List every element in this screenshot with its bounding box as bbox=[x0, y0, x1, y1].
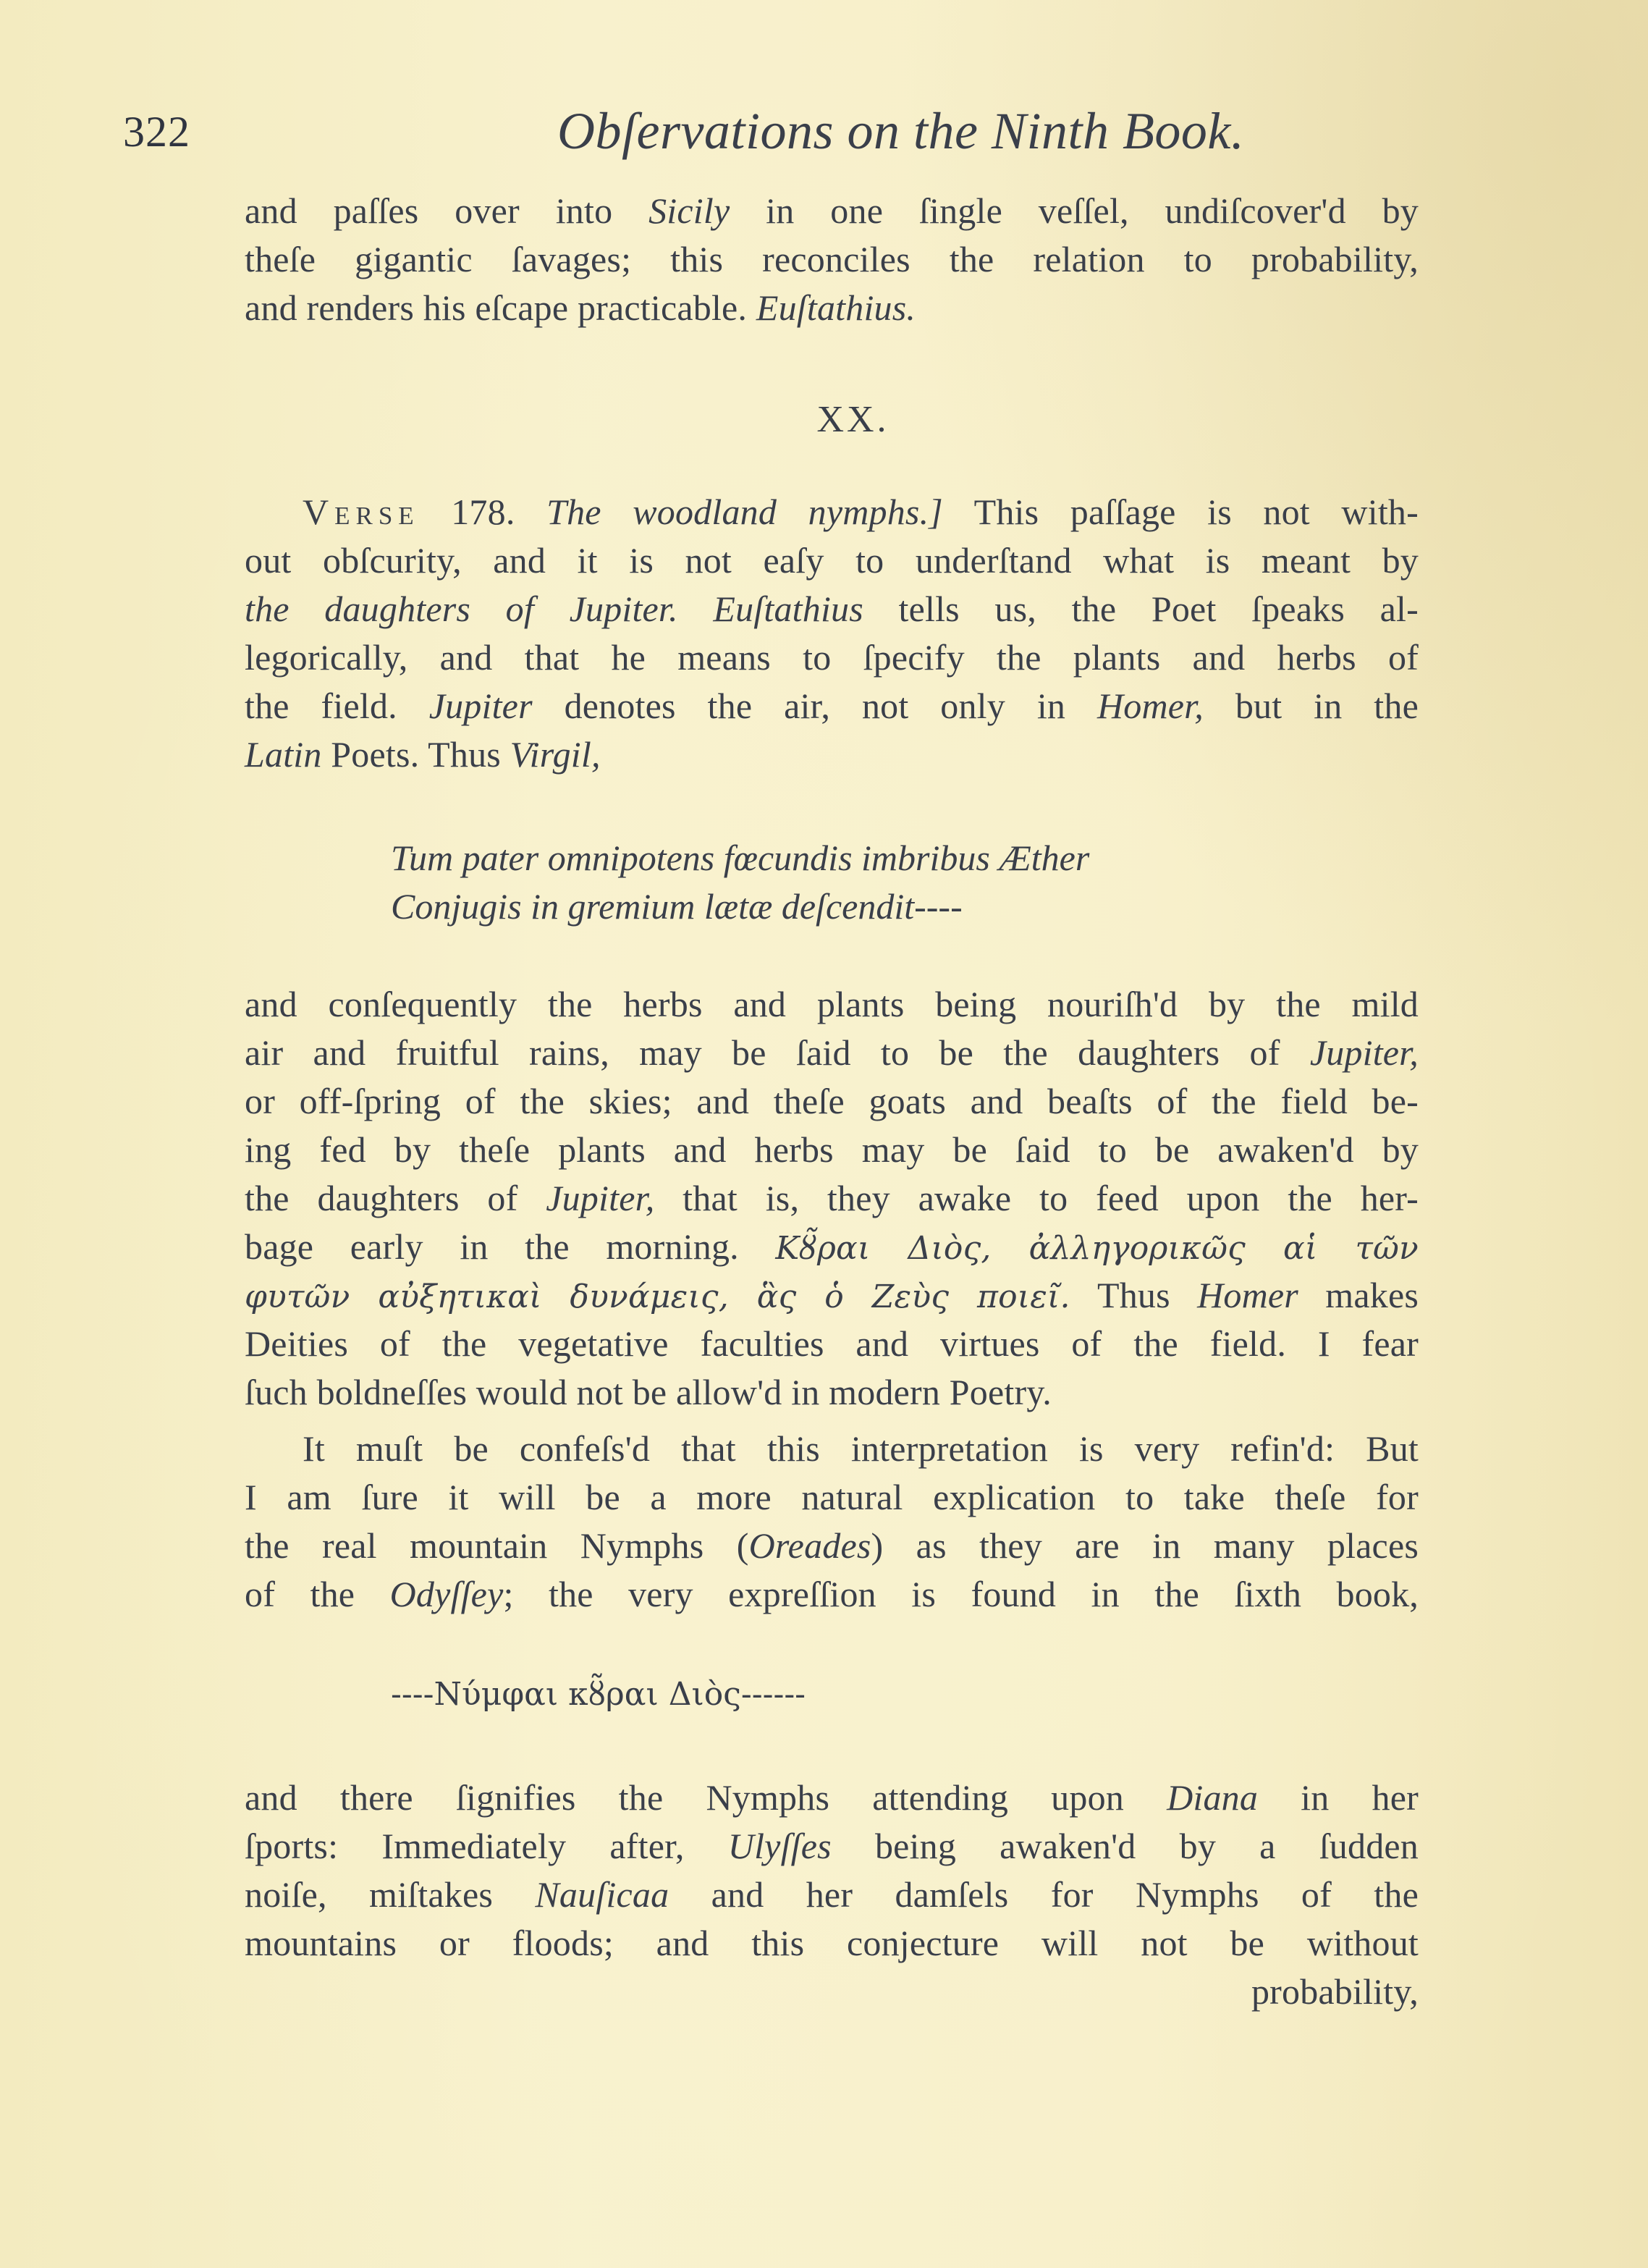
text-line: ing fed by theſe plants and herbs may be… bbox=[245, 1126, 1419, 1174]
catchword: probability, bbox=[245, 1968, 1419, 2016]
interpretation-paragraph: and conſequently the herbs and plants be… bbox=[245, 980, 1419, 1417]
book-page: 322 Obſervations on the Ninth Book. and … bbox=[0, 0, 1648, 2268]
text-line: Latin Poets. Thus Virgil, bbox=[245, 730, 1419, 779]
text-line: of the Odyſſey; the very expreſſion is f… bbox=[245, 1570, 1419, 1619]
text-line: or off-ſpring of the skies; and theſe go… bbox=[245, 1077, 1419, 1126]
text-line: the real mountain Nymphs (Oreades) as th… bbox=[245, 1522, 1419, 1570]
page-number: 322 bbox=[123, 107, 190, 157]
text-line: φυτῶν αὐξητικαὶ δυνάμεις, ἃς ὁ Ζεὺς ποιε… bbox=[245, 1271, 1419, 1320]
text-line: and conſequently the herbs and plants be… bbox=[245, 980, 1419, 1029]
text-line: noiſe, miſtakes Nauſicaa and her damſels… bbox=[245, 1871, 1419, 1919]
running-head: 322 Obſervations on the Ninth Book. bbox=[123, 101, 1426, 166]
text-line: air and fruitful rains, may be ſaid to b… bbox=[245, 1029, 1419, 1077]
text-line: and paſſes over into Sicily in one ſingl… bbox=[245, 187, 1419, 235]
text-line: the daughters of Jupiter, that is, they … bbox=[245, 1174, 1419, 1223]
verse-label: Verse bbox=[303, 492, 420, 532]
text-line: Deities of the vegetative faculties and … bbox=[245, 1320, 1419, 1368]
text-line: the daughters of Jupiter. Euſtathius tel… bbox=[245, 585, 1419, 633]
text-line: I am ſure it will be a more natural expl… bbox=[245, 1473, 1419, 1522]
verse-note-paragraph: Verse 178. The woodland nymphs.] This pa… bbox=[245, 488, 1419, 779]
text-line: bage early in the morning. Κȣ̃ραι Διὸς, … bbox=[245, 1223, 1419, 1271]
text-line: the field. Jupiter denotes the air, not … bbox=[245, 682, 1419, 730]
greek-text: φυτῶν αὐξητικαὶ δυνάμεις, ἃς ὁ Ζεὺς ποιε… bbox=[245, 1278, 1070, 1315]
text-line: It muſt be confeſs'd that this interpret… bbox=[245, 1425, 1419, 1473]
text-line: Verse 178. The woodland nymphs.] This pa… bbox=[245, 488, 1419, 536]
text-line: legorically, and that he means to ſpecif… bbox=[245, 633, 1419, 682]
text-line: ſuch boldneſſes would not be allow'd in … bbox=[245, 1368, 1419, 1417]
text-line: ſports: Immediately after, Ulyſſes being… bbox=[245, 1822, 1419, 1871]
greek-text: Κȣ̃ραι Διὸς, ἀλληγορικῶς αἱ τῶν bbox=[775, 1230, 1419, 1267]
text-line: out obſcurity, and it is not eaſy to und… bbox=[245, 536, 1419, 585]
quote-line: Tum pater omnipotens fœcundis imbribus Æ… bbox=[391, 834, 1259, 882]
opening-paragraph: and paſſes over into Sicily in one ſingl… bbox=[245, 187, 1419, 332]
text-line: and renders his eſcape practicable. Euſt… bbox=[245, 284, 1419, 332]
verse-number: 178. bbox=[451, 492, 515, 532]
citation: Euſtathius. bbox=[756, 287, 916, 328]
text-line: mountains or floods; and this conjecture… bbox=[245, 1919, 1419, 1968]
page-title: Obſervations on the Ninth Book. bbox=[557, 101, 1244, 161]
verse-lemma: The woodland nymphs.] bbox=[546, 492, 943, 532]
latin-quotation: Tum pater omnipotens fœcundis imbribus Æ… bbox=[391, 834, 1259, 931]
nymphs-paragraph: It muſt be confeſs'd that this interpret… bbox=[245, 1425, 1419, 1619]
greek-quotation: ----Νύμφαι κȣ̃ραι Διὸς------ bbox=[391, 1669, 970, 1719]
text-line: theſe gigantic ſavages; this reconciles … bbox=[245, 235, 1419, 284]
quote-line: Conjugis in gremium lætæ deſcendit---- bbox=[391, 882, 1259, 931]
section-number: XX. bbox=[0, 398, 1648, 441]
diana-paragraph: and there ſignifies the Nymphs attending… bbox=[245, 1774, 1419, 2016]
place-name: Sicily bbox=[648, 190, 730, 231]
text-line: and there ſignifies the Nymphs attending… bbox=[245, 1774, 1419, 1822]
